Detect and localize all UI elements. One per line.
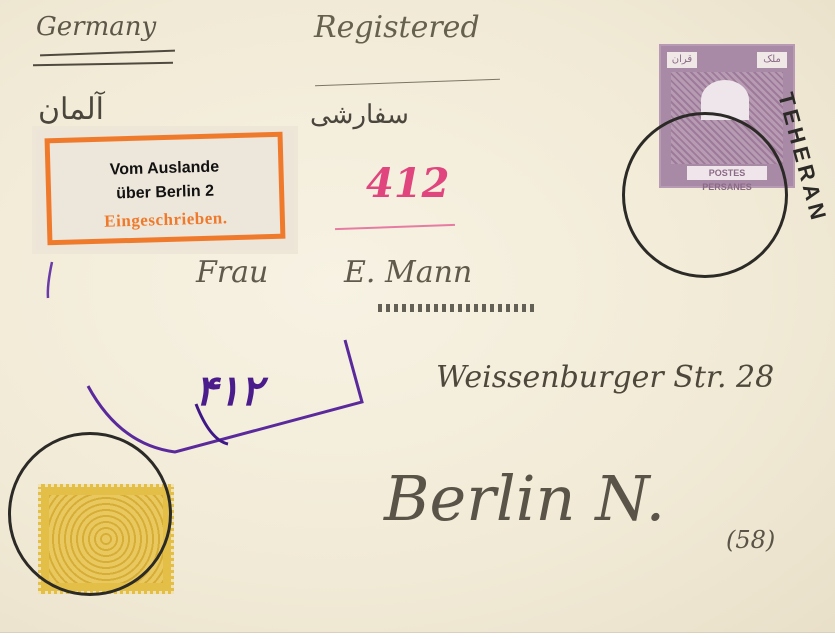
wavy-underline: [378, 304, 538, 312]
street-address: Weissenburger Str. 28: [436, 360, 774, 395]
recipient-title: Frau: [196, 255, 268, 290]
recipient-name: E. Mann: [344, 255, 472, 290]
city: Berlin N.: [384, 462, 665, 535]
postmark-circle: [8, 432, 172, 596]
postal-district: (58): [726, 526, 775, 554]
purple-number: ۴۱۲: [195, 366, 263, 415]
envelope: Germany آلمان Registered سفارشی 412 Vom …: [0, 0, 835, 633]
